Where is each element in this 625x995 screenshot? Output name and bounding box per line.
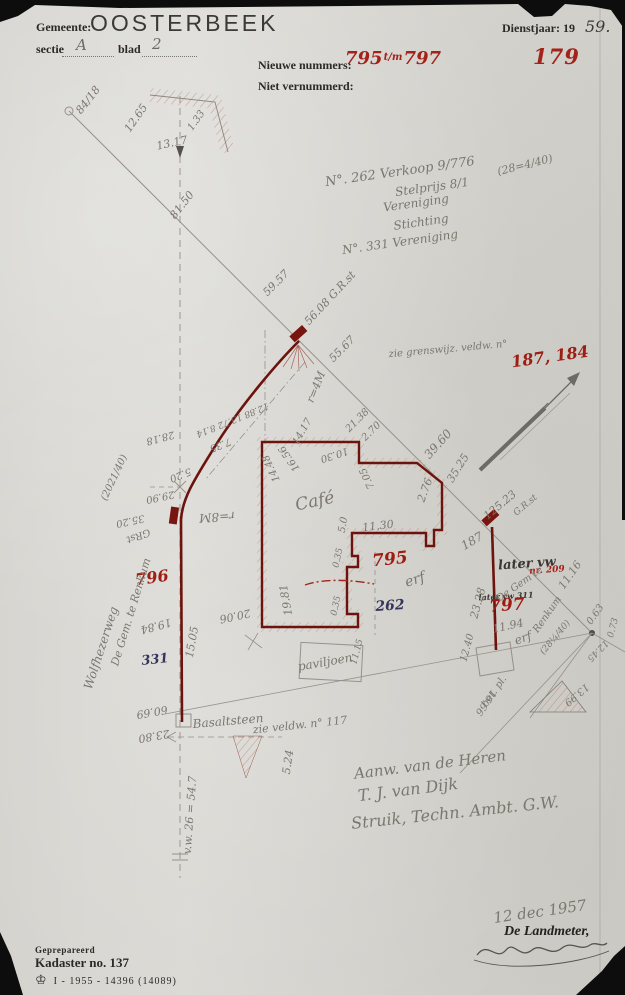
map-annotation: 5.20 [168,465,192,483]
landmeter-label: De Landmeter, [504,924,590,940]
map-annotation: 1.33 [187,109,208,133]
map-annotation: 10.30 [319,445,349,463]
map-annotation: 59.57 [261,268,291,298]
map-annotation: 0.35 [333,547,346,568]
print-code-text: I - 1955 - 14396 (14089) [54,976,177,987]
map-annotation: 12.65 [122,102,149,134]
map-annotation: 35.25 [445,452,471,485]
map-annotation: 23.28 [469,586,488,619]
map-annotation: (28=4/40) [496,153,553,177]
map-annotation: 187, 184 [510,344,589,371]
map-annotation: 12.45 [585,638,610,663]
map-annotation: GRst [125,526,152,544]
map-annotation: 56.08 G.R.st [303,269,358,327]
kadaster-number: Kadaster no. 137 [35,955,129,971]
map-annotation: 84/18 [74,84,102,116]
map-annotation: 187 [459,530,485,552]
map-annotation: 20.06 [218,607,251,624]
map-annotation: 125.23 [482,488,519,521]
map-annotation: zie grenswijz. veldw. n° [388,340,507,360]
map-annotation: 29.90 [145,488,175,504]
map-annotation: 5.0 [338,516,351,533]
map-annotation: 7.05 [359,466,377,490]
map-annotation: 0.73 [607,617,621,639]
map-annotation: 14.17 [292,417,315,447]
map-annotation: 28.18 [145,428,175,445]
map-annotation: 23.80 [138,728,171,744]
map-annotation: 2.70 [361,421,384,444]
map-annotation: 81.50 [168,189,196,221]
map-annotation: 35.20 [115,512,145,528]
map-annotation: 7.35 [208,435,232,453]
map-annotation: 2.76 [416,477,435,504]
map-annotation: Café [294,490,336,515]
map-annotation: 16.56 [278,443,303,472]
map-annotation: erf [513,629,533,646]
veldwerk-document: { "header": { "gemeente_label": "Gemeent… [0,0,625,995]
map-annotation: 15.05 [184,626,200,659]
map-annotation: 60.69 [136,704,169,720]
map-annotation: r=8M [199,510,235,524]
map-annotation: 19.84 [139,617,172,636]
map-annotation: 13.17 [155,134,188,151]
map-annotation: 13.99 [562,681,590,707]
map-annotation: zie veldw. n° 117 [252,715,347,736]
map-annotation: 11.30 [362,519,395,534]
map-annotation: 39.60 [422,427,454,461]
map-annotation: 11.15 [350,638,365,665]
map-annotation: 0.35 [331,595,344,616]
map-annotation: r=4M [305,370,327,404]
map-annotation: 12.88 13.72 8.14 [194,400,269,437]
map-annotations: 84/1812.651.3313.1781.5059.5756.08 G.R.s… [0,0,625,995]
map-annotation: 14.48 [261,453,282,483]
map-annotation: paviljoen [297,651,353,672]
map-annotation: Vereniging [382,192,449,213]
map-annotation: v.w. 26 = 54.7 [182,776,198,855]
print-code: ♔I - 1955 - 14396 (14089) [35,972,177,988]
map-annotation: 795 [371,550,408,571]
kadaster-stamp-icon: ♔ [35,972,48,988]
map-annotation: 331 [141,652,169,668]
map-annotation: (2021/40) [100,454,130,503]
map-annotation: 19.81 [278,584,294,617]
map-annotation: 262 [375,598,405,614]
map-annotation: 12.40 [459,633,476,663]
map-annotation: 12 dec 1957 [493,898,588,926]
map-annotation: N°. 331 Vereniging [341,228,458,256]
geprepareerd-label: Geprepareerd [35,945,95,955]
map-annotation: 5.24 [281,749,295,775]
map-annotation: 0.63 [586,603,607,627]
map-annotation: 55.67 [327,334,357,364]
map-annotation: erf [403,570,427,590]
